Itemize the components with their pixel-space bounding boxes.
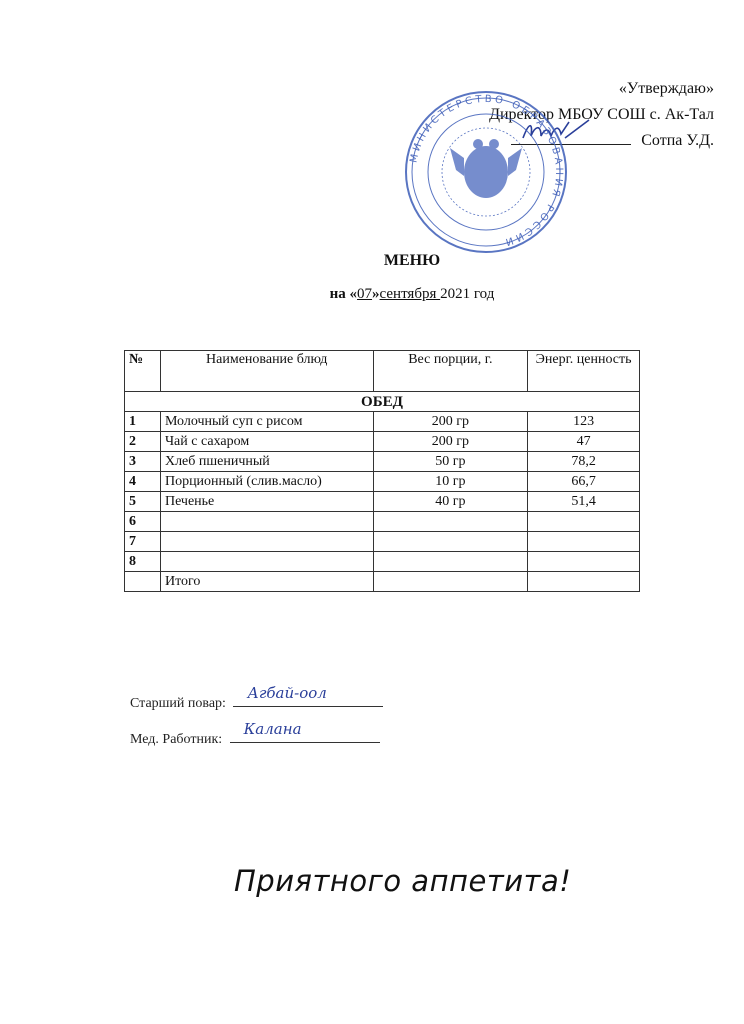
header-energy-value: Энерг. ценность bbox=[528, 351, 640, 392]
header-dish-name: Наименование блюд bbox=[160, 351, 373, 392]
portion-weight bbox=[373, 572, 528, 592]
dish-name: Чай с сахаром bbox=[160, 432, 373, 452]
energy-value: 123 bbox=[528, 412, 640, 432]
energy-value: 78,2 bbox=[528, 452, 640, 472]
table-row: 6 bbox=[125, 512, 640, 532]
portion-weight: 40 гр bbox=[373, 492, 528, 512]
date-prefix: на « bbox=[330, 286, 357, 302]
portion-weight: 200 гр bbox=[373, 412, 528, 432]
row-number: 7 bbox=[125, 532, 161, 552]
footer-wish: Приятного аппетита! bbox=[234, 864, 571, 898]
energy-value: 47 bbox=[528, 432, 640, 452]
section-row: ОБЕД bbox=[125, 392, 640, 412]
menu-date: на «07»сентября 2021 год bbox=[0, 286, 744, 303]
portion-weight bbox=[373, 512, 528, 532]
dish-name: Печенье bbox=[160, 492, 373, 512]
page-title: МЕНЮ bbox=[0, 252, 744, 270]
row-number bbox=[125, 572, 161, 592]
table-row: 7 bbox=[125, 532, 640, 552]
portion-weight: 50 гр bbox=[373, 452, 528, 472]
portion-weight: 200 гр bbox=[373, 432, 528, 452]
portion-weight bbox=[373, 532, 528, 552]
dish-name: Молочный суп с рисом bbox=[160, 412, 373, 432]
row-number: 8 bbox=[125, 552, 161, 572]
date-year: 2021 год bbox=[440, 286, 494, 302]
energy-value bbox=[528, 512, 640, 532]
medic-signature-row: Мед. Работник: Калана bbox=[130, 726, 380, 748]
portion-weight: 10 гр bbox=[373, 472, 528, 492]
table-row: 2Чай с сахаром200 гр47 bbox=[125, 432, 640, 452]
row-number: 4 bbox=[125, 472, 161, 492]
table-row: 1Молочный суп с рисом200 гр123 bbox=[125, 412, 640, 432]
section-lunch: ОБЕД bbox=[125, 392, 640, 412]
date-month: сентября bbox=[380, 286, 441, 302]
energy-value: 51,4 bbox=[528, 492, 640, 512]
table-row: 8 bbox=[125, 552, 640, 572]
energy-value bbox=[528, 532, 640, 552]
table-row: 3Хлеб пшеничный50 гр78,2 bbox=[125, 452, 640, 472]
dish-name bbox=[160, 512, 373, 532]
medic-label: Мед. Работник: bbox=[130, 732, 222, 747]
dish-name bbox=[160, 532, 373, 552]
dish-name: Порционный (слив.масло) bbox=[160, 472, 373, 492]
cook-signature: Агбай-оол bbox=[247, 684, 326, 702]
header-portion-weight: Вес порции, г. bbox=[373, 351, 528, 392]
director-name: Сотпа У.Д. bbox=[641, 132, 714, 149]
row-number: 6 bbox=[125, 512, 161, 532]
table-row: Итого bbox=[125, 572, 640, 592]
header-number: № bbox=[125, 351, 161, 392]
row-number: 2 bbox=[125, 432, 161, 452]
cook-label: Старший повар: bbox=[130, 696, 226, 711]
dish-name bbox=[160, 552, 373, 572]
energy-value bbox=[528, 572, 640, 592]
row-number: 5 bbox=[125, 492, 161, 512]
portion-weight bbox=[373, 552, 528, 572]
menu-table: № Наименование блюд Вес порции, г. Энерг… bbox=[124, 350, 640, 592]
energy-value bbox=[528, 552, 640, 572]
medic-signature: Калана bbox=[244, 720, 302, 738]
row-number: 1 bbox=[125, 412, 161, 432]
cook-signature-line: Агбай-оол bbox=[233, 690, 383, 707]
cook-signature-row: Старший повар: Агбай-оол bbox=[130, 690, 383, 712]
dish-name: Итого bbox=[160, 572, 373, 592]
medic-signature-line: Калана bbox=[230, 726, 380, 743]
table-row: 4Порционный (слив.масло)10 гр66,7 bbox=[125, 472, 640, 492]
energy-value: 66,7 bbox=[528, 472, 640, 492]
table-header-row: № Наименование блюд Вес порции, г. Энерг… bbox=[125, 351, 640, 392]
official-stamp-icon: МИНИСТЕРСТВО ОБРАЗОВАНИЯ РОССИИ bbox=[402, 88, 570, 256]
row-number: 3 bbox=[125, 452, 161, 472]
date-day: 07 bbox=[357, 286, 372, 302]
table-row: 5Печенье40 гр51,4 bbox=[125, 492, 640, 512]
dish-name: Хлеб пшеничный bbox=[160, 452, 373, 472]
date-quote: » bbox=[372, 286, 380, 302]
